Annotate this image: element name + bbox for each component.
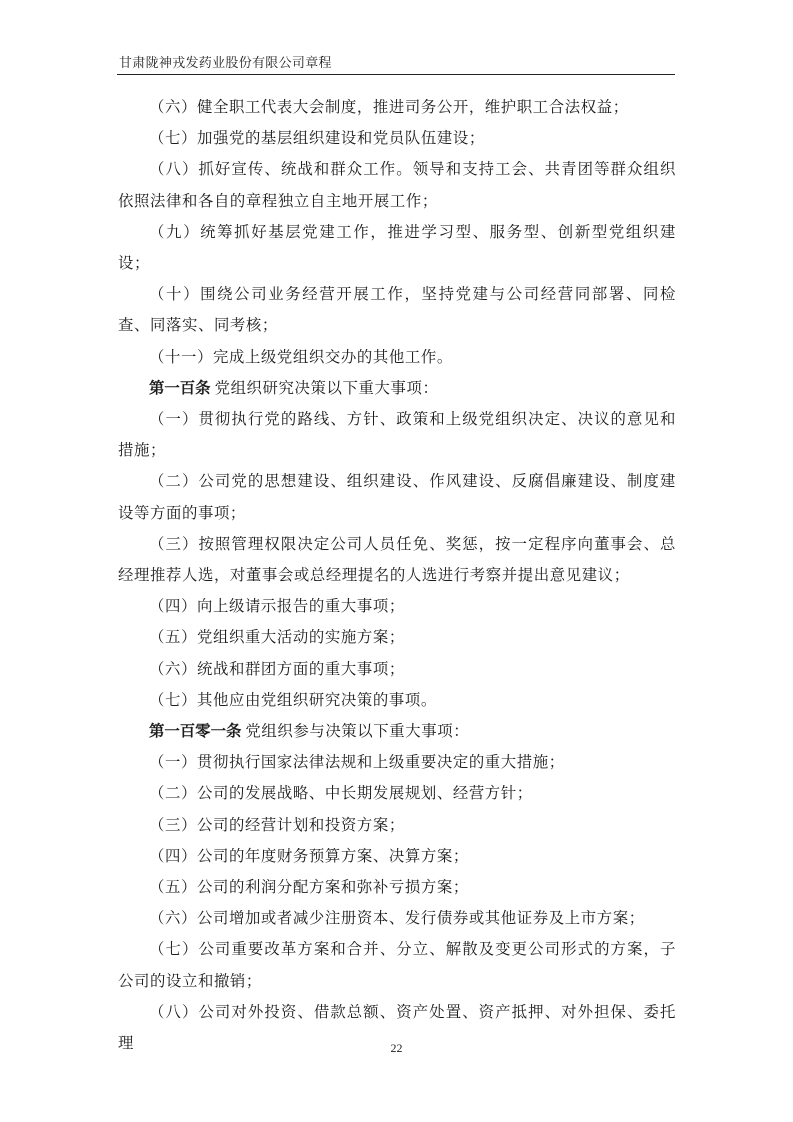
paragraph-text: （二）公司党的思想建设、组织建设、作风建设、反腐倡廉建设、制度建设等方面的事项； <box>118 472 676 521</box>
article-100-item-7: （七）其他应由党组织研究决策的事项。 <box>118 685 676 716</box>
paragraph-item-6: （六）健全职工代表大会制度，推进司务公开，维护职工合法权益； <box>118 92 676 123</box>
paragraph-item-8: （八）抓好宣传、统战和群众工作。领导和支持工会、共青团等群众组织依照法律和各自的… <box>118 154 676 216</box>
page-number: 22 <box>0 1041 793 1056</box>
paragraph-text: （三）公司的经营计划和投资方案； <box>149 816 405 834</box>
paragraph-text: （七）公司重要改革方案和合并、分立、解散及变更公司形式的方案，子公司的设立和撤销… <box>118 940 676 989</box>
article-101: 第一百零一条党组织参与决策以下重大事项： <box>118 716 676 747</box>
article-101-item-6: （六）公司增加或者减少注册资本、发行债券或其他证券及上市方案； <box>118 903 676 934</box>
paragraph-item-9: （九）统筹抓好基层党建工作，推进学习型、服务型、创新型党组织建设； <box>118 217 676 279</box>
article-101-item-2: （二）公司的发展战略、中长期发展规划、经营方针； <box>118 778 676 809</box>
article-101-item-5: （五）公司的利润分配方案和弥补亏损方案； <box>118 872 676 903</box>
paragraph-text: （一）贯彻执行国家法律法规和上级重要决定的重大措施； <box>149 753 565 771</box>
paragraph-item-10: （十）围绕公司业务经营开展工作，坚持党建与公司经营同部署、同检查、同落实、同考核… <box>118 279 676 341</box>
paragraph-text: （五）党组织重大活动的实施方案； <box>149 628 405 646</box>
paragraph-text: （十一）完成上级党组织交办的其他工作。 <box>149 348 453 366</box>
document-body: （六）健全职工代表大会制度，推进司务公开，维护职工合法权益； （七）加强党的基层… <box>118 92 676 1059</box>
paragraph-text: （九）统筹抓好基层党建工作，推进学习型、服务型、创新型党组织建设； <box>118 223 676 272</box>
article-100: 第一百条党组织研究决策以下重大事项： <box>118 373 676 404</box>
article-101-item-7: （七）公司重要改革方案和合并、分立、解散及变更公司形式的方案，子公司的设立和撤销… <box>118 934 676 996</box>
article-100-item-4: （四）向上级请示报告的重大事项； <box>118 591 676 622</box>
document-title: 甘肃陇神戎发药业股份有限公司章程 <box>119 56 332 72</box>
paragraph-text: （一）贯彻执行党的路线、方针、政策和上级党组织决定、决议的意见和措施； <box>118 410 676 459</box>
paragraph-text: （四）向上级请示报告的重大事项； <box>149 597 405 615</box>
paragraph-item-11: （十一）完成上级党组织交办的其他工作。 <box>118 342 676 373</box>
paragraph-text: （四）公司的年度财务预算方案、决算方案； <box>149 847 469 865</box>
article-100-item-1: （一）贯彻执行党的路线、方针、政策和上级党组织决定、决议的意见和措施； <box>118 404 676 466</box>
paragraph-text: （六）统战和群团方面的重大事项； <box>149 660 405 678</box>
paragraph-text: （十）围绕公司业务经营开展工作，坚持党建与公司经营同部署、同检查、同落实、同考核… <box>118 285 676 334</box>
article-text: 党组织研究决策以下重大事项： <box>215 379 439 397</box>
paragraph-text: （八）抓好宣传、统战和群众工作。领导和支持工会、共青团等群众组织依照法律和各自的… <box>118 160 676 209</box>
article-number: 第一百零一条 <box>149 722 241 740</box>
article-101-item-1: （一）贯彻执行国家法律法规和上级重要决定的重大措施； <box>118 747 676 778</box>
article-100-item-5: （五）党组织重大活动的实施方案； <box>118 622 676 653</box>
article-100-item-2: （二）公司党的思想建设、组织建设、作风建设、反腐倡廉建设、制度建设等方面的事项； <box>118 466 676 528</box>
article-101-item-4: （四）公司的年度财务预算方案、决算方案； <box>118 841 676 872</box>
article-100-item-3: （三）按照管理权限决定公司人员任免、奖惩，按一定程序向董事会、总经理推荐人选，对… <box>118 529 676 591</box>
paragraph-text: （七）其他应由党组织研究决策的事项。 <box>149 691 437 709</box>
article-text: 党组织参与决策以下重大事项： <box>245 722 469 740</box>
article-100-item-6: （六）统战和群团方面的重大事项； <box>118 654 676 685</box>
paragraph-text: （六）公司增加或者减少注册资本、发行债券或其他证券及上市方案； <box>149 909 645 927</box>
paragraph-item-7: （七）加强党的基层组织建设和党员队伍建设； <box>118 123 676 154</box>
paragraph-text: （三）按照管理权限决定公司人员任免、奖惩，按一定程序向董事会、总经理推荐人选，对… <box>118 535 676 584</box>
page-header: 甘肃陇神戎发药业股份有限公司章程 <box>117 56 675 75</box>
paragraph-text: （五）公司的利润分配方案和弥补亏损方案； <box>149 878 469 896</box>
paragraph-text: （二）公司的发展战略、中长期发展规划、经营方针； <box>149 784 533 802</box>
article-number: 第一百条 <box>149 379 211 397</box>
paragraph-text: （七）加强党的基层组织建设和党员队伍建设； <box>149 129 485 147</box>
article-101-item-3: （三）公司的经营计划和投资方案； <box>118 810 676 841</box>
paragraph-text: （六）健全职工代表大会制度，推进司务公开，维护职工合法权益； <box>149 98 629 116</box>
